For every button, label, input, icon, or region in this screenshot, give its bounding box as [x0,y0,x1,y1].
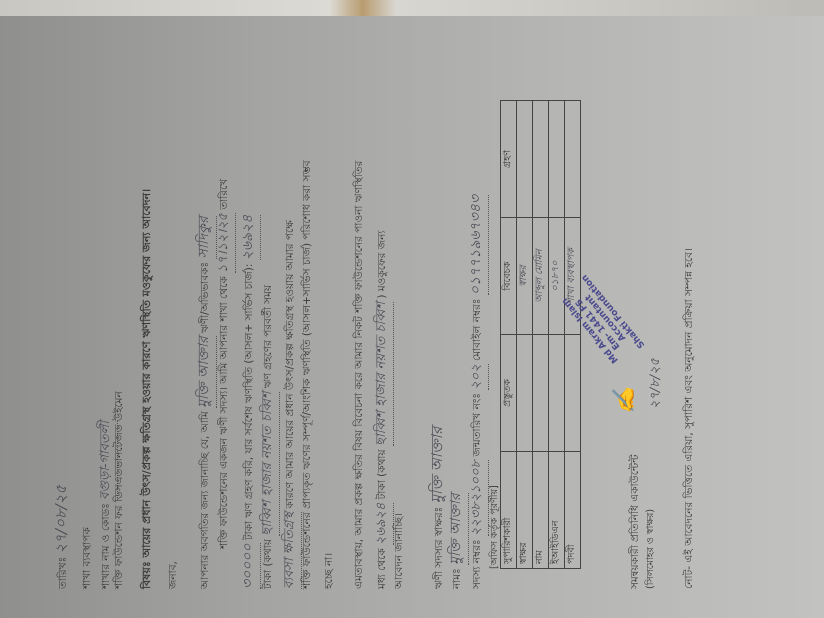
office-table-header: সুপারিশকারী প্রস্তুতক বিবেচক গ্রহণ [501,101,517,569]
date-row: তারিখঃ ২৭/০৮/২৫ [50,485,75,589]
table-row: নাম আব্দুল মোমিন [533,101,549,569]
body-line-6: শক্তি ফাউন্ডেশনের প্রাপ্যকৃত ঋণের সম্পূর… [300,160,317,589]
table-row: ইআইডিএন ০১৮৭০ [549,101,565,569]
footer-note: নোট- এই আবেদনের ভিত্তিতে এরিয়া, সুপারিশ… [682,248,699,589]
officer-title: সমন্বয়কারী প্রতিনিধি একাউন্টেন্ট [628,454,645,589]
office-table: সুপারিশকারী প্রস্তুতক বিবেচক গ্রহণ স্বাক… [500,100,581,569]
salutation: জনাব, [166,561,183,589]
closing-line-1: এমতাবস্থায়, আমার প্রকল্প ক্ষতির বিষয় ব… [352,161,369,589]
officer-signature: ✍ [612,387,637,414]
borrower-signature: মুক্তি আক্তার [428,427,446,504]
org-line: শক্তি ফাউন্ডেশন ফর ডিসএডভানটেজড উইমেন [112,391,129,589]
subject-line: বিষয়ঃ আয়ের প্রধান উৎস/প্রকল্প ক্ষতিগ্র… [138,189,157,589]
body-line-4: টাকা (কথায় ছাব্বিশ হাজার নয়শত চব্বিশ ঋ… [258,285,280,589]
balance-in-words: ছাব্বিশ হাজার নয়শত চব্বিশ [258,392,280,536]
body-line-7: হচ্ছে না। [322,553,339,589]
table-row: পদবী শাখা ব্যবস্থাপক [565,101,581,569]
date-label: তারিখঃ [57,557,69,589]
body-line-5: ব্যবসা ক্ষতিগ্রস্থ কারণে আমার আয়ের প্রধ… [280,220,302,589]
member-number: ২২৩৮২১০০৮ [467,460,489,536]
member-row: সদস্য নম্বরঃ ২২৩৮২১০০৮ জন্মতারিখ নংঃ ২০২… [464,195,489,589]
branch-head: শাখা ব্যবস্থাপক [80,527,97,589]
mobile-number: ০১৭৭১৯৬৭৩৪৩ [464,195,489,295]
branch-name-label: শাখার নাম ও কোডঃ [100,503,112,589]
closing-line-2: মধ্য থেকে ২৬৯২৪ টাকা (কথায় ছাব্বিশ হাজা… [372,231,394,589]
loan-date: ১৭।১২।২৫ [214,213,236,273]
loss-cause: ব্যবসা ক্ষতিগ্রস্থ [280,512,302,589]
officer-signature-date: ২৭/৮/২৫ [646,358,667,409]
body-line-2: শক্তি ফাউন্ডেশনের একজন ঋণী সদস্য। আমি আপ… [214,179,236,549]
closing-line-3: আবেদন জানাচ্ছি। [392,513,409,589]
application-form: তারিখঃ ২৭/০৮/২৫ শাখা ব্যবস্থাপক শাখার না… [42,29,782,589]
waiver-amount: ২৬৯২৪ [372,503,394,545]
table-row: স্বাক্ষর স্বাক্ষর [517,101,533,569]
dob-number: ২০২ [467,364,489,389]
date-value: ২৭/০৮/২৫ [52,485,70,554]
waiver-in-words: ছাব্বিশ হাজার নয়শত চব্বিশ [372,302,394,446]
officer-seal-note: (সিলমোহর ও স্বাক্ষর) [644,509,659,589]
loan-balance: ২৬৯২৪ [236,215,261,260]
